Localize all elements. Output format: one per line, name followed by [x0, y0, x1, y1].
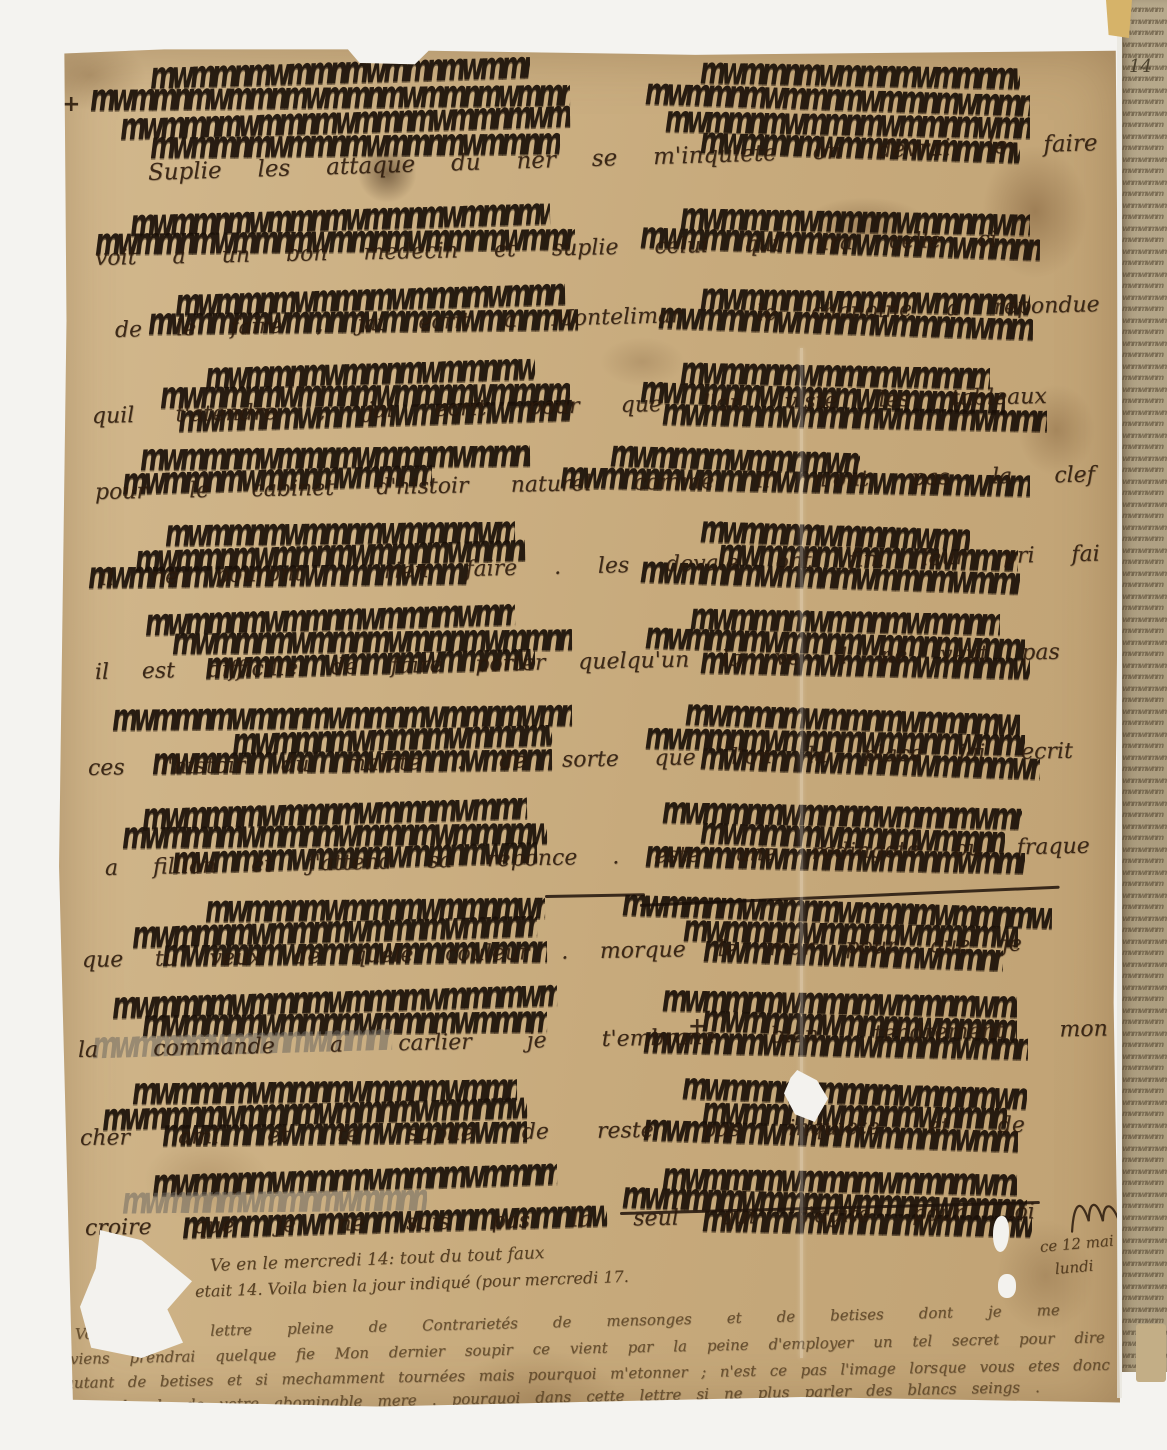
- margin-note-line: lundi: [1054, 1257, 1094, 1278]
- scanned-manuscript: mwmmnmwmmnmwmmnmwmmnmwmmnmwmmwmmnmwmmnmw…: [0, 0, 1167, 1450]
- page-number: 14: [1129, 56, 1152, 77]
- paper-fragment: [1136, 1324, 1166, 1382]
- adjacent-page-text: mwnmwnmwnmwnmwnmwnmwnmwnmwnmwnmwnmwnmwnm…: [1122, 4, 1167, 1368]
- tear-patch: [80, 1230, 192, 1358]
- tear-patch: [998, 1274, 1016, 1298]
- fold-crease: [800, 348, 803, 1358]
- plus-mark: +: [62, 92, 80, 117]
- binding-tab: [1106, 0, 1132, 38]
- tear-patch: [993, 1216, 1009, 1252]
- adjacent-page-edge: mwnmwnmwnmwnmwnmwnmwnmwnmwnmwnmwnmwnmwnm…: [1122, 0, 1167, 1372]
- manuscript-page: mwmmnmwmmnmwmmnmwmmnmwmmnmwmmwmmnmwmmnmw…: [58, 48, 1120, 1412]
